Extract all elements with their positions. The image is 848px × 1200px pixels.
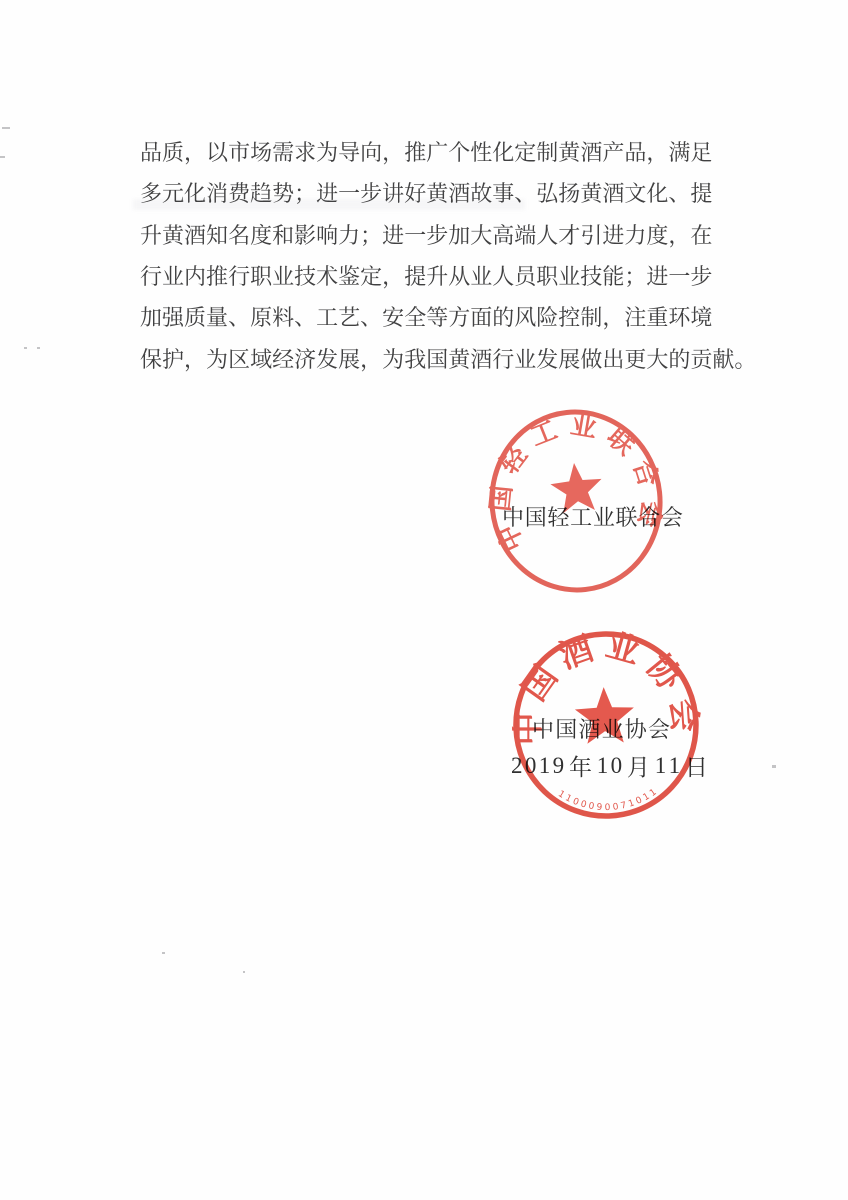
- paragraph-line: 升黄酒知名度和影响力；进一步加大高端人才引进力度，在: [140, 214, 709, 255]
- scan-noise-speck: [2, 127, 10, 129]
- paragraph-line: 品质，以市场需求为导向，推广个性化定制黄酒产品，满足: [140, 131, 709, 172]
- document-page: 品质，以市场需求为导向，推广个性化定制黄酒产品，满足 多元化消费趋势；进一步讲好…: [0, 0, 848, 1200]
- paragraph-line: 行业内推行职业技术鉴定，提升从业人员职业技能；进一步: [140, 255, 709, 296]
- scan-noise-speck: [162, 952, 165, 954]
- scan-noise-speck: [37, 347, 40, 349]
- seal-serial-number: 1100090071011: [556, 786, 662, 815]
- scan-noise-speck: [24, 347, 27, 349]
- scan-noise-speck: [0, 156, 5, 158]
- paragraph-line: 多元化消费趋势；进一步讲好黄酒故事、弘扬黄酒文化、提: [140, 172, 709, 213]
- seal-ring-text: 中国轻工业联合会: [479, 401, 673, 557]
- scan-noise-speck: [772, 765, 776, 768]
- org-signature-light-industry: 中国轻工业联合会: [502, 503, 683, 529]
- scan-noise-speck: [243, 971, 245, 973]
- signature-date: 2019 年 10 月 11 日: [511, 752, 708, 779]
- body-paragraph: 品质，以市场需求为导向，推广个性化定制黄酒产品，满足 多元化消费趋势；进一步讲好…: [140, 131, 709, 379]
- paragraph-line: 加强质量、原料、工艺、安全等方面的风险控制，注重环境: [140, 296, 709, 337]
- paragraph-line: 保护，为区域经济发展，为我国黄酒行业发展做出更大的贡献。: [140, 337, 709, 378]
- org-signature-alcohol-association: 中国酒业协会: [532, 715, 670, 741]
